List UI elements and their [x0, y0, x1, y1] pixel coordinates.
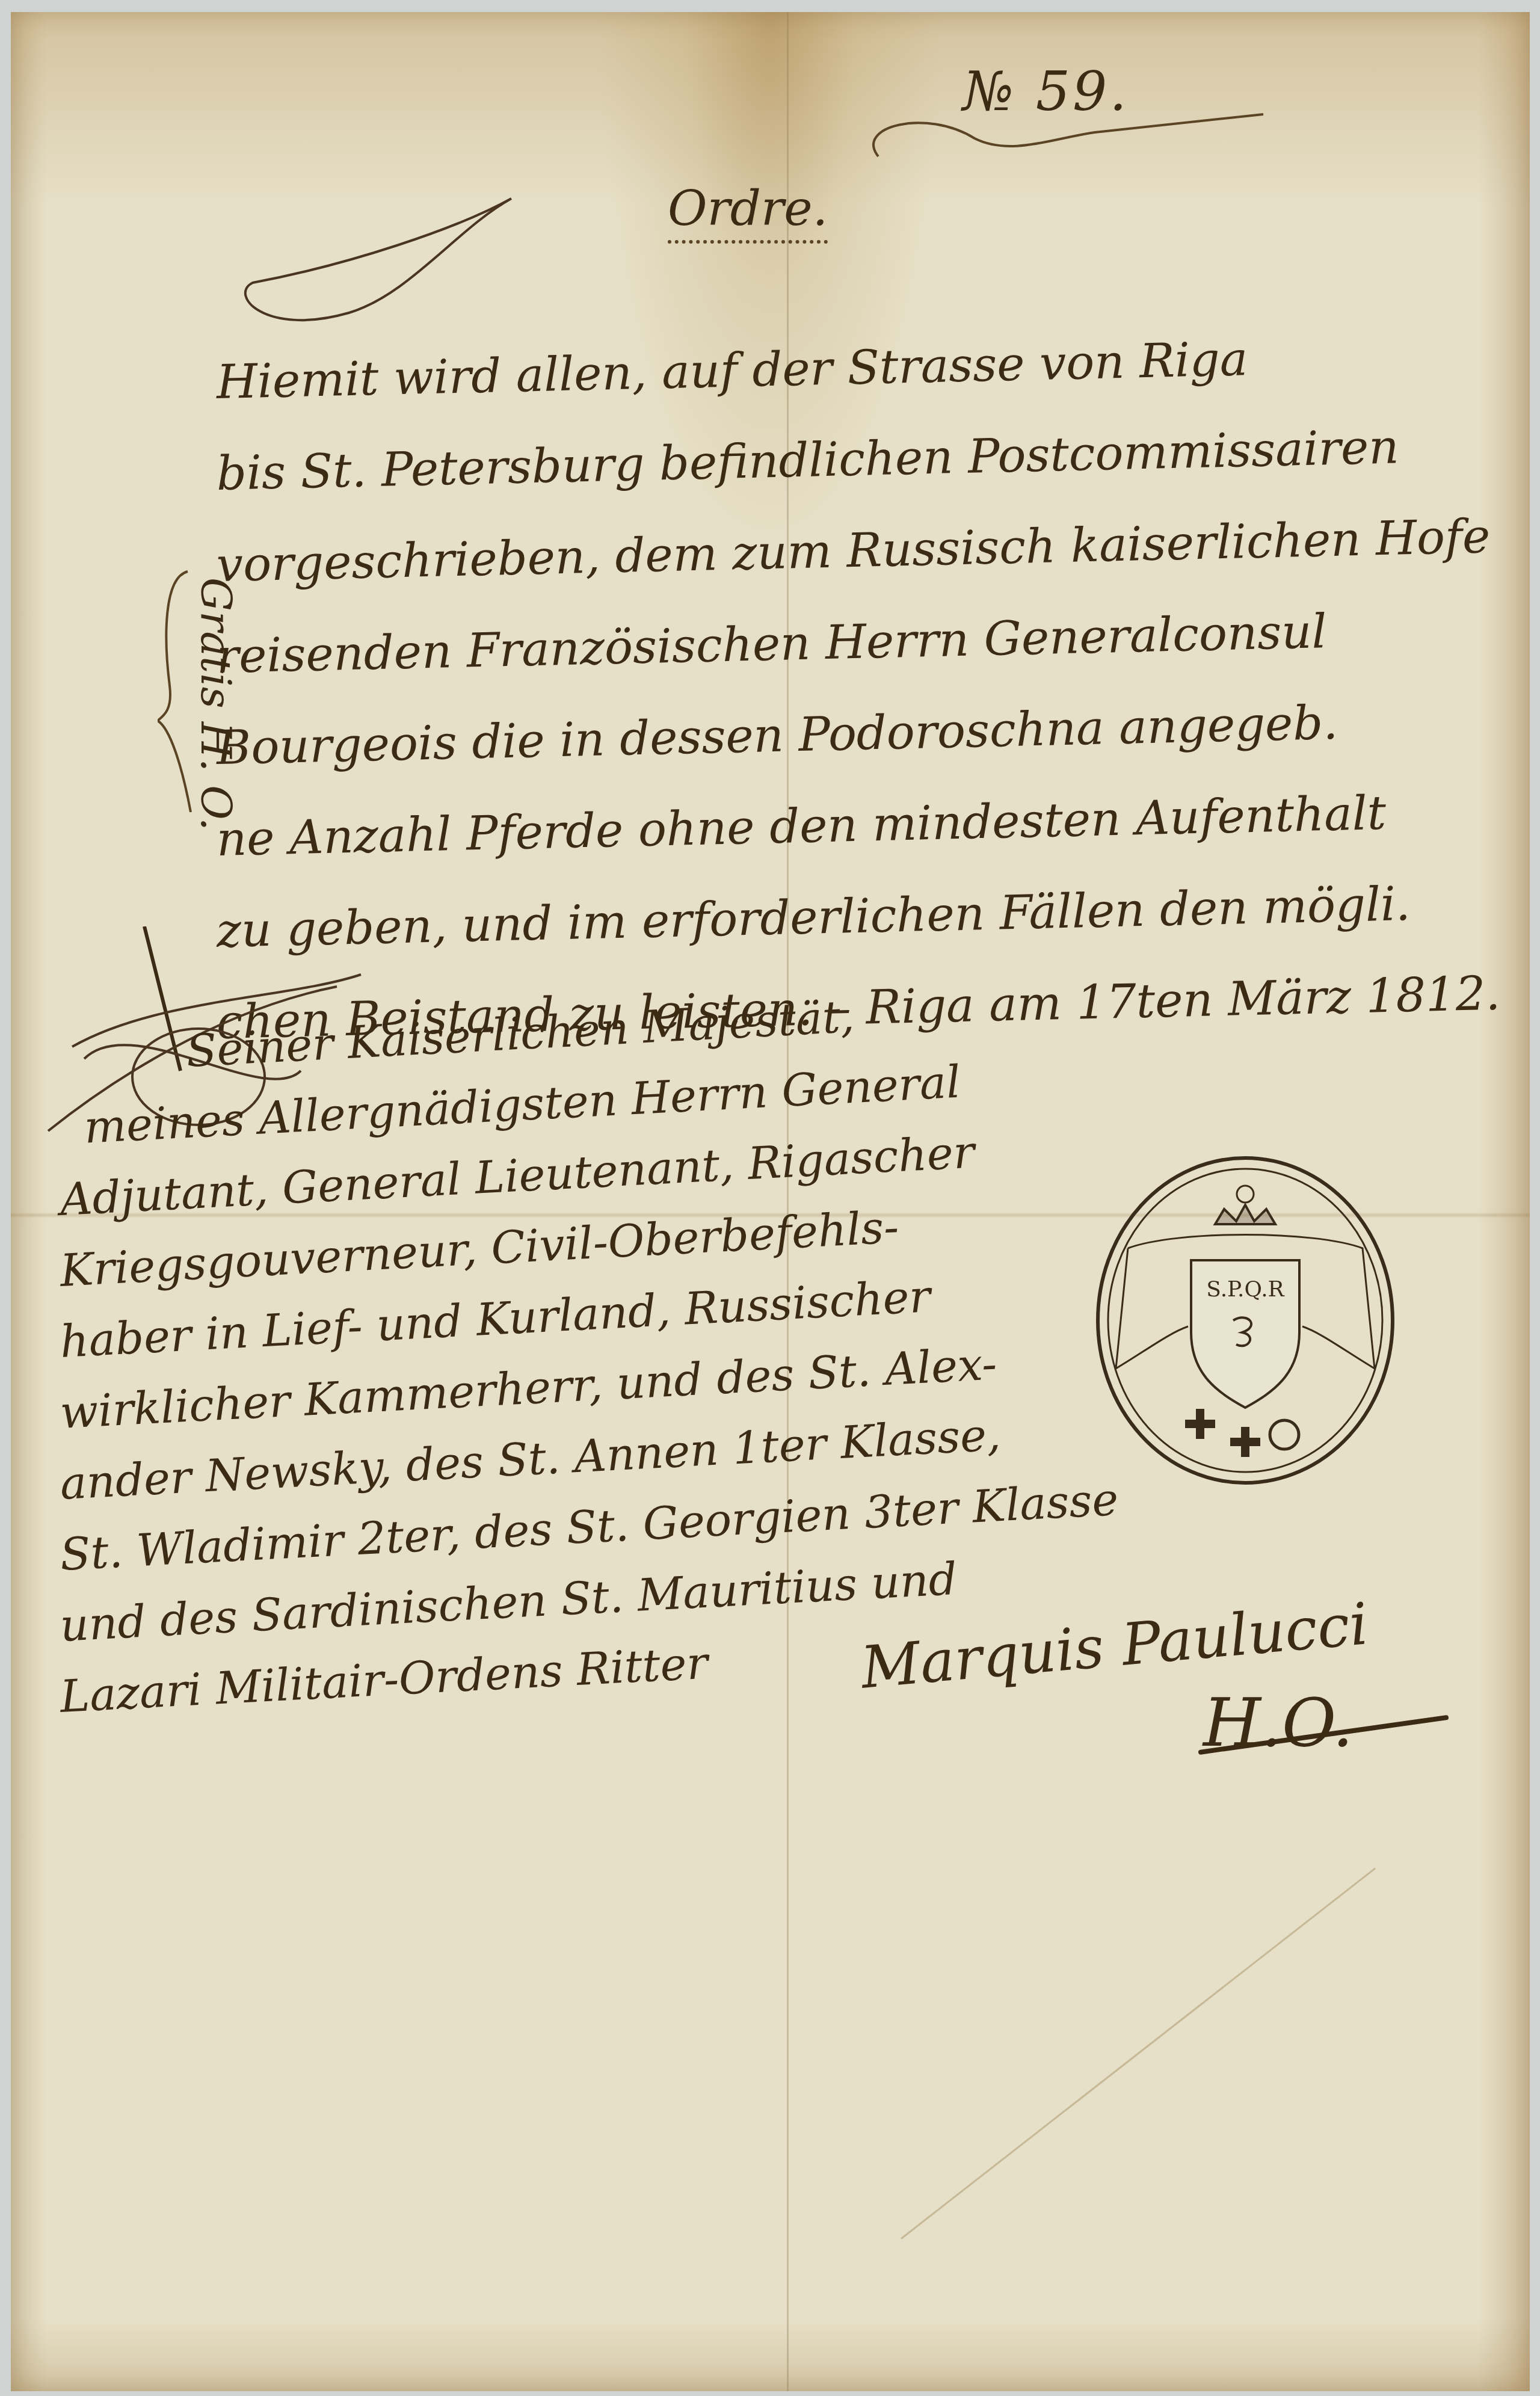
signature-titles: Seiner Kaiserlichen Majestät, meines All… — [60, 1023, 1083, 1732]
document-title: Ordre. — [668, 180, 828, 244]
crown-icon — [1215, 1186, 1275, 1224]
margin-brace-icon — [158, 565, 194, 818]
order-cross-icon — [1185, 1409, 1299, 1457]
diagonal-crease — [901, 1868, 1376, 2240]
seal-stamp: S.P.Q.R — [1092, 1152, 1399, 1489]
margin-annotation: Gratis H. O. — [191, 577, 241, 831]
order-body: Hiemit wird allen, auf der Strasse von R… — [217, 337, 1522, 1068]
svg-text:S.P.Q.R: S.P.Q.R — [1206, 1277, 1284, 1302]
number-flourish-icon — [854, 102, 1275, 168]
